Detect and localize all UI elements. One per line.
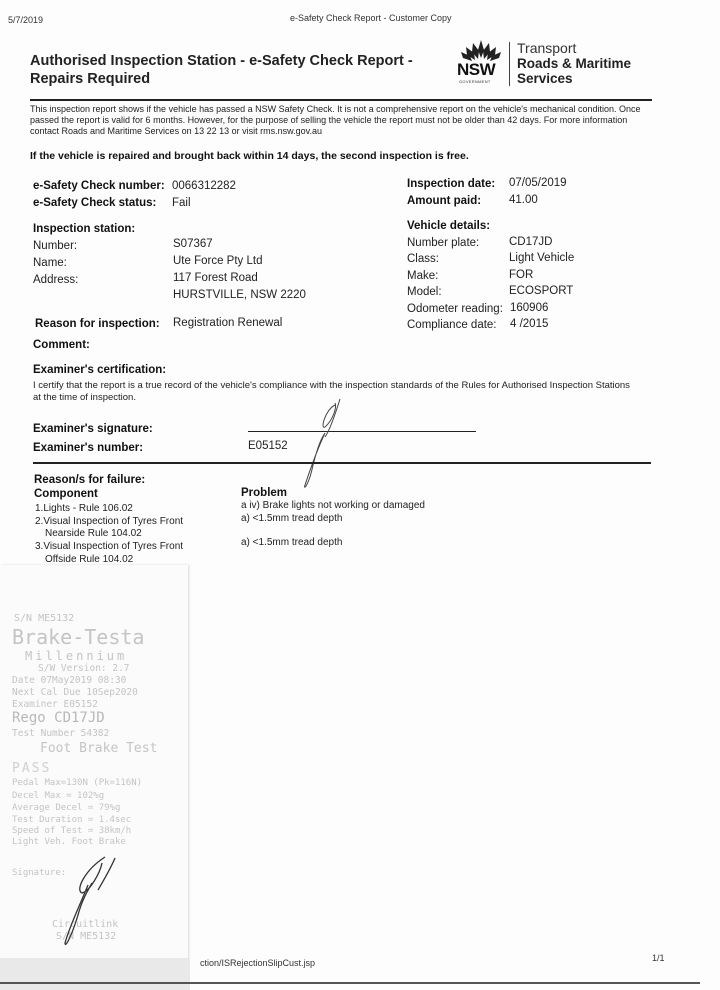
receipt-version: S/W Version: 2.7 [38,663,130,674]
receipt-duration: Test Duration = 1.4sec [12,815,131,825]
station-address-line2: HURSTVILLE, NSW 2220 [173,289,306,301]
page-title-line2: Repairs Required [30,70,413,88]
signature-label: Examiner's signature: [33,423,153,435]
print-date: 5/7/2019 [8,15,43,25]
failure-problem-2: a) <1.5mm tread depth [241,513,342,525]
model-label: Model: [407,286,442,298]
print-title: e-Safety Check Report - Customer Copy [290,13,452,23]
compliance-label: Compliance date: [407,319,497,331]
class-label: Class: [407,253,439,265]
receipt-rego: Rego CD17JD [12,710,105,726]
page-title-line1: Authorised Inspection Station - e-Safety… [30,52,413,70]
problem-heading: Problem [241,487,287,499]
nsw-wordmark: NSW [457,60,495,80]
signature-line [248,431,476,432]
examiner-divider [33,462,651,464]
station-name: Ute Force Pty Ltd [173,255,262,267]
receipt-signature-label: Signature: [12,868,66,878]
nsw-transport-logo: NSW GOVERNMENT Transport Roads & Maritim… [457,38,647,88]
examiner-signature [295,395,355,495]
check-status-label: e-Safety Check status: [33,197,156,209]
receipt-next-cal: Next Cal Due 10Sep2020 [12,687,138,698]
failure-component-2b: Nearside Rule 104.02 [45,528,142,540]
station-name-label: Name: [33,257,67,269]
comment-label: Comment: [33,339,90,351]
station-number-label: Number: [33,240,77,252]
receipt-test-number: Test Number 54382 [12,728,109,739]
free-reinspection-notice: If the vehicle is repaired and brought b… [30,150,469,162]
failure-component-1: 1.Lights - Rule 106.02 [35,503,133,515]
failure-component-3: 3.Visual Inspection of Tyres Front [35,541,183,553]
check-number-label: e-Safety Check number: [33,180,165,192]
station-number: S07367 [173,238,213,250]
amount-paid: 41.00 [509,194,538,206]
receipt-date: Date 07May2019 08:30 [12,675,126,686]
logo-rms-line1: Roads & Maritime [517,56,631,71]
odometer-value: 160906 [510,302,548,314]
plate-label: Number plate: [407,237,479,249]
page-number: 1/1 [652,953,665,963]
logo-divider [509,42,510,86]
receipt-pedal: Pedal Max=130N (Pk=116N) [12,778,142,788]
make-value: FOR [509,269,533,281]
receipt-brand: Brake-Testa [12,625,144,649]
failure-heading: Reason/s for failure: [34,474,145,486]
component-heading: Component [34,488,98,500]
station-address-label: Address: [33,274,78,286]
odometer-label: Odometer reading: [407,303,503,315]
class-value: Light Vehicle [509,252,574,264]
receipt-decel-max: Decel Max = 102%g [12,791,104,801]
plate-value: CD17JD [509,236,552,248]
make-label: Make: [407,270,438,282]
reason-label: Reason for inspection: [35,318,160,330]
amount-paid-label: Amount paid: [407,195,481,207]
receipt-test-type: Foot Brake Test [40,741,157,756]
failure-problem-1: a iv) Brake lights not working or damage… [241,500,425,512]
receipt-result: PASS [12,761,51,776]
model-value: ECOSPORT [509,285,573,297]
page-bottom-edge [0,982,700,984]
receipt-signature [60,855,135,950]
logo-rms-line2: Services [517,71,573,86]
station-address-line1: 117 Forest Road [173,272,258,284]
government-wordmark: GOVERNMENT [459,79,491,84]
reason-value: Registration Renewal [173,317,282,329]
check-status: Fail [172,197,191,209]
examiner-number: E05152 [248,440,288,452]
header-divider [30,99,652,101]
receipt-vehicle: Light Veh. Foot Brake [12,837,126,847]
failure-problem-3: a) <1.5mm tread depth [241,537,342,549]
vehicle-heading: Vehicle details: [407,220,490,232]
receipt-model: Millennium [25,649,127,663]
receipt-speed: Speed of Test = 38km/h [12,826,131,836]
brake-test-receipt: S/N ME5132 Brake-Testa Millennium S/W Ve… [0,565,188,960]
page-title: Authorised Inspection Station - e-Safety… [30,52,413,88]
inspection-date: 07/05/2019 [509,177,567,189]
inspection-date-label: Inspection date: [407,178,495,190]
footer-url: ction/ISRejectionSlipCust.jsp [200,958,315,968]
logo-transport: Transport [517,40,576,56]
cert-heading: Examiner's certification: [33,364,166,376]
receipt-sn-top: S/N ME5132 [14,613,74,624]
torn-edge [0,958,190,990]
intro-text: This inspection report shows if the vehi… [30,104,655,137]
compliance-value: 4 /2015 [510,318,548,330]
receipt-avg-decel: Average Decel = 79%g [12,803,120,813]
waratah-icon [459,38,503,62]
check-number: 0066312282 [172,180,236,192]
station-heading: Inspection station: [33,223,135,235]
examiner-number-label: Examiner's number: [33,442,143,454]
receipt-examiner: Examiner E05152 [12,699,98,710]
failure-component-2: 2.Visual Inspection of Tyres Front [35,516,183,528]
